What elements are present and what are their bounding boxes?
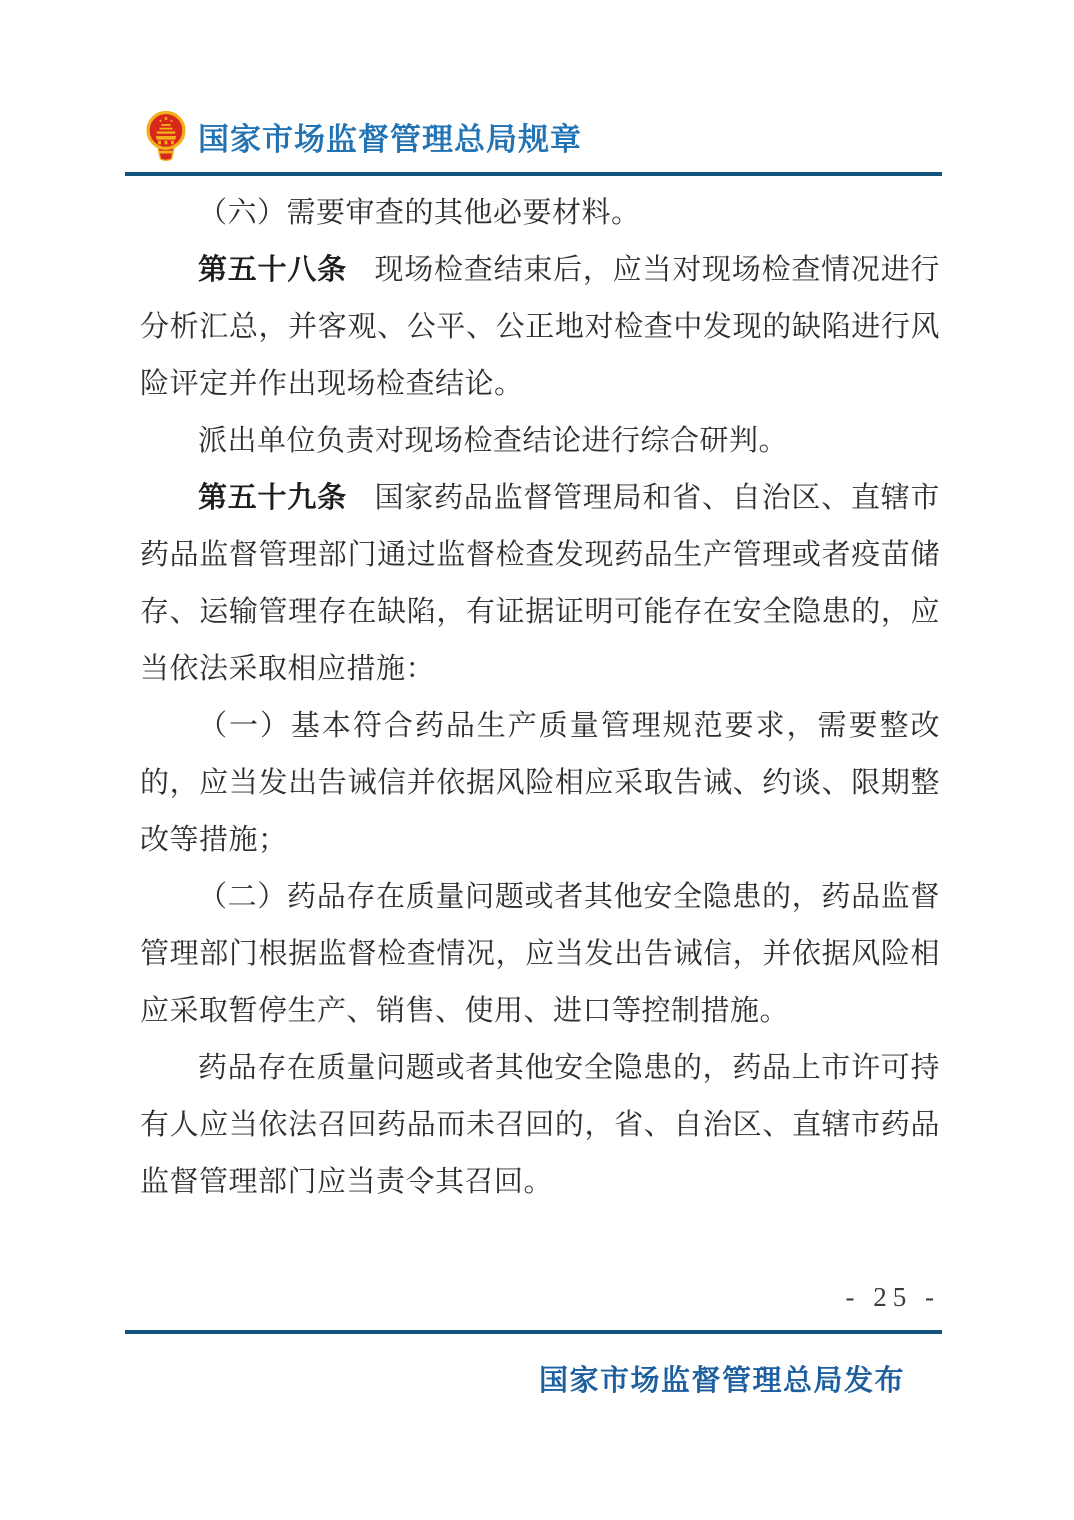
paragraph: （一）基本符合药品生产质量管理规范要求，需要整改的，应当发出告诫信并依据风险相应… — [140, 698, 940, 869]
page-number: - 25 - — [846, 1282, 940, 1313]
paragraph-text: （二）药品存在质量问题或者其他安全隐患的，药品监督管理部门根据监督检查情况，应当… — [140, 881, 940, 1027]
paragraph: （二）药品存在质量问题或者其他安全隐患的，药品监督管理部门根据监督检查情况，应当… — [140, 869, 940, 1040]
header-divider — [125, 172, 942, 176]
paragraph-text: 派出单位负责对现场检查结论进行综合研判。 — [198, 425, 788, 457]
paragraph-text: （六）需要审查的其他必要材料。 — [198, 197, 641, 229]
page-header: 国家市场监督管理总局规章 — [143, 110, 582, 162]
paragraph: （六）需要审查的其他必要材料。 — [140, 185, 940, 242]
publisher-label: 国家市场监督管理总局发布 — [539, 1358, 905, 1399]
document-page: 国家市场监督管理总局规章 （六）需要审查的其他必要材料。 第五十八条现场检查结束… — [0, 0, 1074, 1520]
footer-divider — [125, 1330, 942, 1334]
article-number: 第五十八条 — [198, 254, 347, 286]
article-number: 第五十九条 — [198, 482, 347, 514]
header-title: 国家市场监督管理总局规章 — [198, 114, 582, 159]
paragraph-text: 药品存在质量问题或者其他安全隐患的，药品上市许可持有人应当依法召回药品而未召回的… — [140, 1052, 940, 1198]
paragraph: 第五十八条现场检查结束后，应当对现场检查情况进行分析汇总，并客观、公平、公正地对… — [140, 242, 940, 413]
paragraph-text: （一）基本符合药品生产质量管理规范要求，需要整改的，应当发出告诫信并依据风险相应… — [140, 710, 940, 856]
paragraph: 药品存在质量问题或者其他安全隐患的，药品上市许可持有人应当依法召回药品而未召回的… — [140, 1040, 940, 1211]
document-body: （六）需要审查的其他必要材料。 第五十八条现场检查结束后，应当对现场检查情况进行… — [140, 185, 940, 1211]
national-emblem-icon — [143, 110, 189, 162]
paragraph: 派出单位负责对现场检查结论进行综合研判。 — [140, 413, 940, 470]
paragraph: 第五十九条国家药品监督管理局和省、自治区、直辖市药品监督管理部门通过监督检查发现… — [140, 470, 940, 698]
